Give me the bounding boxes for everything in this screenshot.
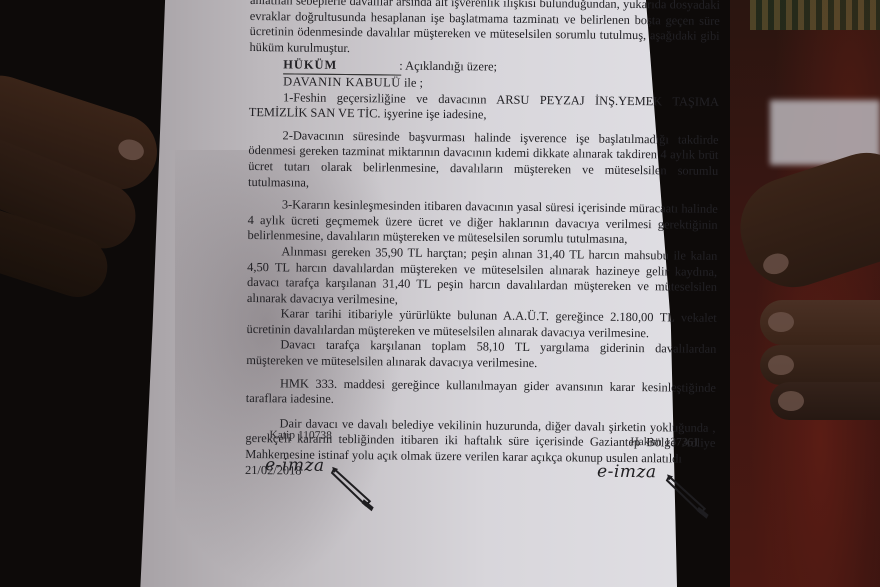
fee-paragraph: Alınması gereken 35,90 TL harçtan; peşin…: [247, 244, 718, 311]
pen-icon: [330, 465, 379, 514]
signature-block: Katip 110738 Hakim 137361 e-imza e-imza: [245, 428, 746, 523]
trial-expense-paragraph: Davacı tarafça karşılanan toplam 58,10 T…: [246, 337, 716, 373]
clerk-esignature: e-imza: [265, 458, 325, 474]
right-hand-finger: [770, 382, 880, 420]
judge-esignature: e-imza: [597, 465, 657, 481]
ruling-item-1: 1-Feshin geçersizliğine ve davacının ARS…: [249, 90, 719, 126]
acceptance-label: DAVANIN KABULÜ: [283, 73, 401, 89]
advance-refund-paragraph: HMK 333. maddesi gereğince kullanılmayan…: [246, 376, 716, 412]
right-hand-finger: [760, 345, 880, 385]
pen-icon: [665, 472, 714, 521]
intro-paragraph: anlatılan sebeplerle davalılar arsında a…: [249, 0, 720, 60]
court-decision-document: anlatılan sebeplerle davalılar arsında a…: [245, 0, 720, 483]
attorney-fee-paragraph: Karar tarihi itibariyle yürürlükte bulun…: [246, 306, 716, 342]
ruling-item-2: 2-Davacının süresinde başvurması halinde…: [248, 128, 719, 195]
carpet-background: [730, 0, 880, 587]
carpet-pattern: [750, 0, 880, 30]
acceptance-suffix: ile ;: [404, 76, 423, 90]
right-hand-finger: [760, 300, 880, 345]
judge-label: Hakim 137361: [630, 435, 699, 451]
clerk-label: Katip 110738: [269, 428, 332, 444]
verdict-suffix: : Açıklandığı üzere;: [399, 59, 497, 76]
ruling-item-3: 3-Kararın kesinleşmesinden itibaren dava…: [247, 197, 717, 249]
